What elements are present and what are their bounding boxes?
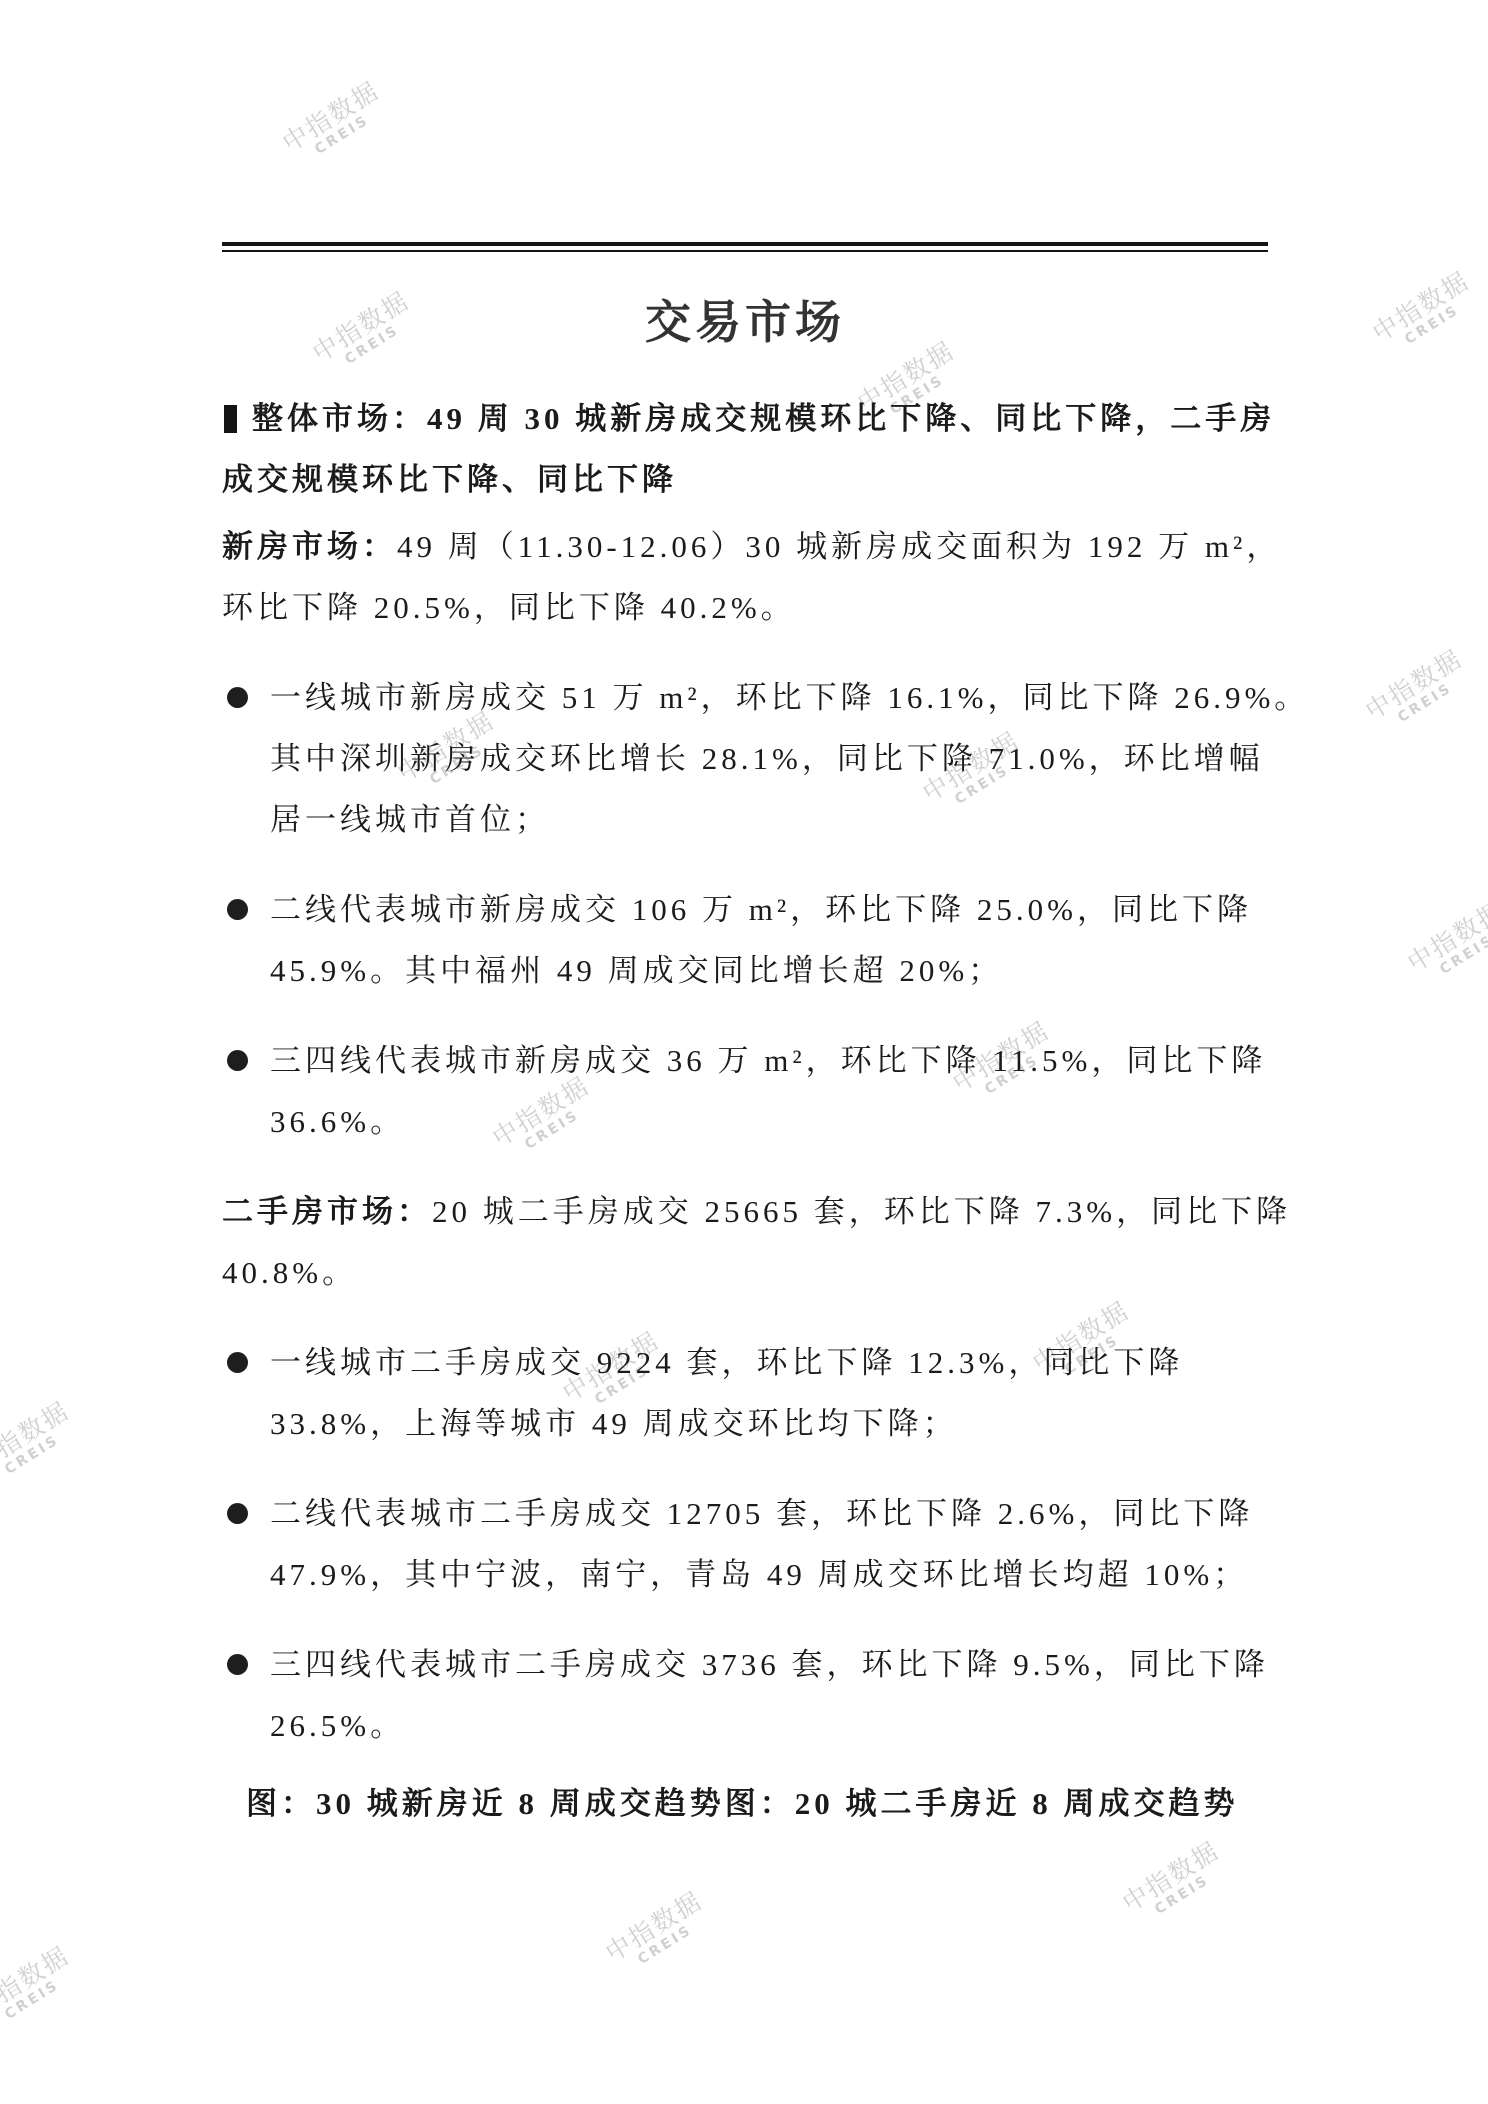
double-rule xyxy=(222,242,1268,252)
bullet-tier2-new-home: 二线代表城市新房成交 106 万 m²，环比下降 25.0%，同比下降 45.9… xyxy=(222,879,1336,1001)
bullet-icon xyxy=(227,1352,248,1373)
watermark: 中指数据CREIS xyxy=(1356,642,1479,740)
watermark: 中指数据CREIS xyxy=(596,1884,719,1982)
bullet-tier1-second-hand: 一线城市二手房成交 9224 套，环比下降 12.3%，同比下降 33.8%，上… xyxy=(222,1332,1336,1454)
watermark: 中指数据CREIS xyxy=(0,1394,87,1492)
bullet-icon xyxy=(227,1503,248,1524)
paragraph-text: 20 城二手房成交 25665 套，环比下降 7.3%，同比下降 xyxy=(432,1194,1291,1229)
bullet-tier2-second-hand: 二线代表城市二手房成交 12705 套，环比下降 2.6%，同比下降 47.9%… xyxy=(222,1483,1336,1605)
paragraph-line: 40.8%。 xyxy=(222,1242,1288,1303)
bullet-icon xyxy=(227,899,248,920)
page-title: 交易市场 xyxy=(222,296,1268,348)
bullet-line: 三四线代表城市新房成交 36 万 m²，环比下降 11.5%，同比下降 xyxy=(270,1030,1336,1091)
bullet-line: 45.9%。其中福州 49 周成交同比增长超 20%； xyxy=(270,940,1336,1001)
heading-line: 整体市场：49 周 30 城新房成交规模环比下降、同比下降，二手房 xyxy=(222,388,1288,449)
document-page: 中指数据CREIS 中指数据CREIS 中指数据CREIS 中指数据CREIS … xyxy=(0,0,1488,2104)
bullet-line: 一线城市二手房成交 9224 套，环比下降 12.3%，同比下降 xyxy=(270,1332,1336,1393)
bullet-tier34-second-hand: 三四线代表城市二手房成交 3736 套，环比下降 9.5%，同比下降 26.5%… xyxy=(222,1634,1336,1756)
bullet-icon xyxy=(227,687,248,708)
bullet-tier1-new-home: 一线城市新房成交 51 万 m²，环比下降 16.1%，同比下降 26.9%。 … xyxy=(222,667,1336,850)
figure-caption-text: 图：30 城新房近 8 周成交趋势图：20 城二手房近 8 周成交趋势 xyxy=(246,1773,1312,1834)
bullet-line: 其中深圳新房成交环比增长 28.1%，同比下降 71.0%，环比增幅 xyxy=(270,728,1336,789)
paragraph-line: 新房市场：49 周（11.30-12.06）30 城新房成交面积为 192 万 … xyxy=(222,516,1288,577)
bullet-line: 二线代表城市新房成交 106 万 m²，环比下降 25.0%，同比下降 xyxy=(270,879,1336,940)
watermark: 中指数据CREIS xyxy=(0,1939,87,2037)
figure-caption: 图：30 城新房近 8 周成交趋势图：20 城二手房近 8 周成交趋势 xyxy=(222,1773,1312,1834)
paragraph-text: 49 周（11.30-12.06）30 城新房成交面积为 192 万 m²， xyxy=(397,529,1281,564)
bullet-line: 二线代表城市二手房成交 12705 套，环比下降 2.6%，同比下降 xyxy=(270,1483,1336,1544)
bullet-line: 三四线代表城市二手房成交 3736 套，环比下降 9.5%，同比下降 xyxy=(270,1634,1336,1695)
bullet-icon xyxy=(227,1654,248,1675)
second-hand-paragraph: 二手房市场：20 城二手房成交 25665 套，环比下降 7.3%，同比下降 4… xyxy=(222,1181,1288,1303)
heading-line: 成交规模环比下降、同比下降 xyxy=(222,449,1288,510)
watermark: 中指数据CREIS xyxy=(1113,1834,1236,1932)
new-home-paragraph: 新房市场：49 周（11.30-12.06）30 城新房成交面积为 192 万 … xyxy=(222,516,1288,638)
watermark: 中指数据CREIS xyxy=(1363,264,1486,362)
bullet-line: 居一线城市首位； xyxy=(270,789,1336,850)
bullet-line: 47.9%，其中宁波，南宁，青岛 49 周成交环比增长均超 10%； xyxy=(270,1544,1336,1605)
bullet-line: 26.5%。 xyxy=(270,1695,1336,1756)
second-hand-label: 二手房市场： xyxy=(222,1194,432,1229)
new-home-label: 新房市场： xyxy=(222,529,397,564)
paragraph-line: 环比下降 20.5%，同比下降 40.2%。 xyxy=(222,577,1288,638)
bullet-icon xyxy=(227,1050,248,1071)
bullet-line: 33.8%，上海等城市 49 周成交环比均下降； xyxy=(270,1393,1336,1454)
bullet-tier34-new-home: 三四线代表城市新房成交 36 万 m²，环比下降 11.5%，同比下降 36.6… xyxy=(222,1030,1336,1152)
bullet-line: 36.6%。 xyxy=(270,1091,1336,1152)
paragraph-line: 二手房市场：20 城二手房成交 25665 套，环比下降 7.3%，同比下降 xyxy=(222,1181,1288,1242)
overall-market-heading: 整体市场：49 周 30 城新房成交规模环比下降、同比下降，二手房 成交规模环比… xyxy=(222,388,1288,510)
bullet-line: 一线城市新房成交 51 万 m²，环比下降 16.1%，同比下降 26.9%。 xyxy=(270,667,1336,728)
watermark: 中指数据CREIS xyxy=(1398,894,1488,992)
heading-bar-icon xyxy=(224,405,237,433)
watermark: 中指数据CREIS xyxy=(273,74,396,172)
